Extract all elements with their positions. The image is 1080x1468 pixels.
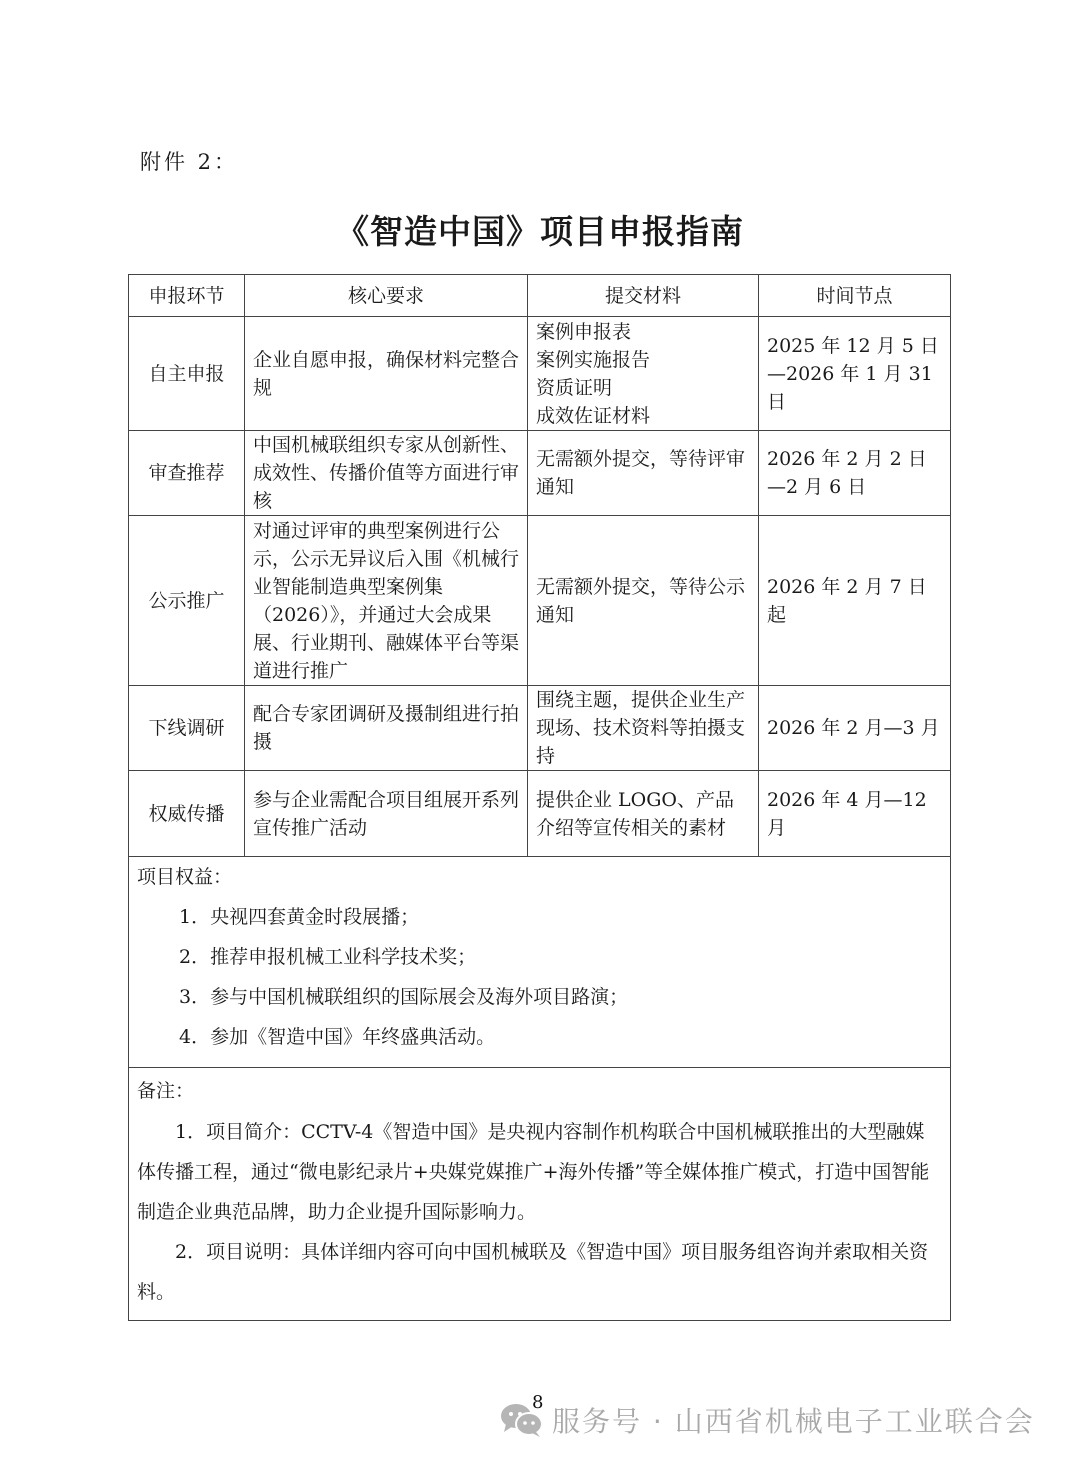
benefits-row: 项目权益： 1．央视四套黄金时段展播； 2．推荐申报机械工业科学技术奖； 3．参… bbox=[129, 857, 951, 1068]
benefit-item: 4．参加《智造中国》年终盛典活动。 bbox=[137, 1022, 942, 1052]
material-item: 资质证明 bbox=[536, 374, 750, 402]
materials-cell: 提供企业 LOGO、产品介绍等宣传相关的素材 bbox=[528, 771, 759, 857]
requirement-cell: 企业自愿申报，确保材料完整合规 bbox=[245, 317, 528, 431]
benefit-item: 3．参与中国机械联组织的国际展会及海外项目路演； bbox=[137, 982, 942, 1012]
time-cell: 2026 年 4 月—12 月 bbox=[759, 771, 951, 857]
materials-cell: 无需额外提交，等待公示通知 bbox=[528, 516, 759, 686]
materials-cell: 案例申报表 案例实施报告 资质证明 成效佐证材料 bbox=[528, 317, 759, 431]
table-row: 下线调研 配合专家团调研及摄制组进行拍摄 围绕主题，提供企业生产现场、技术资料等… bbox=[129, 686, 951, 771]
stage-cell: 权威传播 bbox=[129, 771, 245, 857]
benefit-item: 2．推荐申报机械工业科学技术奖； bbox=[137, 942, 942, 972]
benefit-item: 1．央视四套黄金时段展播； bbox=[137, 902, 942, 932]
application-guide-table: 申报环节 核心要求 提交材料 时间节点 自主申报 企业自愿申报，确保材料完整合规… bbox=[128, 274, 951, 1321]
table-row: 自主申报 企业自愿申报，确保材料完整合规 案例申报表 案例实施报告 资质证明 成… bbox=[129, 317, 951, 431]
header-time: 时间节点 bbox=[759, 275, 951, 317]
table-row: 权威传播 参与企业需配合项目组展开系列宣传推广活动 提供企业 LOGO、产品介绍… bbox=[129, 771, 951, 857]
time-cell: 2026 年 2 月 7 日起 bbox=[759, 516, 951, 686]
notes-title: 备注： bbox=[137, 1076, 942, 1106]
header-stage: 申报环节 bbox=[129, 275, 245, 317]
stage-cell: 审查推荐 bbox=[129, 431, 245, 516]
time-cell: 2026 年 2 月—3 月 bbox=[759, 686, 951, 771]
material-item: 案例申报表 bbox=[536, 318, 750, 346]
header-requirement: 核心要求 bbox=[245, 275, 528, 317]
note-item: 1．项目简介：CCTV-4《智造中国》是央视内容制作机构联合中国机械联推出的大型… bbox=[137, 1112, 942, 1232]
requirement-cell: 中国机械联组织专家从创新性、成效性、传播价值等方面进行审核 bbox=[245, 431, 528, 516]
time-cell: 2025 年 12 月 5 日—2026 年 1 月 31 日 bbox=[759, 317, 951, 431]
stage-cell: 自主申报 bbox=[129, 317, 245, 431]
materials-cell: 无需额外提交，等待评审通知 bbox=[528, 431, 759, 516]
stage-cell: 下线调研 bbox=[129, 686, 245, 771]
stage-cell: 公示推广 bbox=[129, 516, 245, 686]
benefits-title: 项目权益： bbox=[137, 862, 942, 892]
table-header-row: 申报环节 核心要求 提交材料 时间节点 bbox=[129, 275, 951, 317]
attachment-label: 附件 2： bbox=[140, 146, 238, 176]
watermark-text: 服务号 · 山西省机械电子工业联合会 bbox=[552, 1400, 1035, 1440]
requirement-cell: 配合专家团调研及摄制组进行拍摄 bbox=[245, 686, 528, 771]
benefits-section: 项目权益： 1．央视四套黄金时段展播； 2．推荐申报机械工业科学技术奖； 3．参… bbox=[129, 857, 951, 1068]
watermark: 服务号 · 山西省机械电子工业联合会 bbox=[500, 1400, 1035, 1440]
note-item: 2．项目说明：具体详细内容可向中国机械联及《智造中国》项目服务组咨询并索取相关资… bbox=[137, 1232, 942, 1312]
requirement-cell: 对通过评审的典型案例进行公示，公示无异议后入围《机械行业智能制造典型案例集（20… bbox=[245, 516, 528, 686]
header-materials: 提交材料 bbox=[528, 275, 759, 317]
materials-cell: 围绕主题，提供企业生产现场、技术资料等拍摄支持 bbox=[528, 686, 759, 771]
time-cell: 2026 年 2 月 2 日—2 月 6 日 bbox=[759, 431, 951, 516]
notes-row: 备注： 1．项目简介：CCTV-4《智造中国》是央视内容制作机构联合中国机械联推… bbox=[129, 1068, 951, 1321]
table-row: 公示推广 对通过评审的典型案例进行公示，公示无异议后入围《机械行业智能制造典型案… bbox=[129, 516, 951, 686]
material-item: 成效佐证材料 bbox=[536, 402, 750, 430]
requirement-cell: 参与企业需配合项目组展开系列宣传推广活动 bbox=[245, 771, 528, 857]
table-row: 审查推荐 中国机械联组织专家从创新性、成效性、传播价值等方面进行审核 无需额外提… bbox=[129, 431, 951, 516]
document-title: 《智造中国》项目申报指南 bbox=[0, 206, 1080, 253]
wechat-icon bbox=[500, 1402, 544, 1438]
material-item: 案例实施报告 bbox=[536, 346, 750, 374]
notes-section: 备注： 1．项目简介：CCTV-4《智造中国》是央视内容制作机构联合中国机械联推… bbox=[129, 1068, 951, 1321]
